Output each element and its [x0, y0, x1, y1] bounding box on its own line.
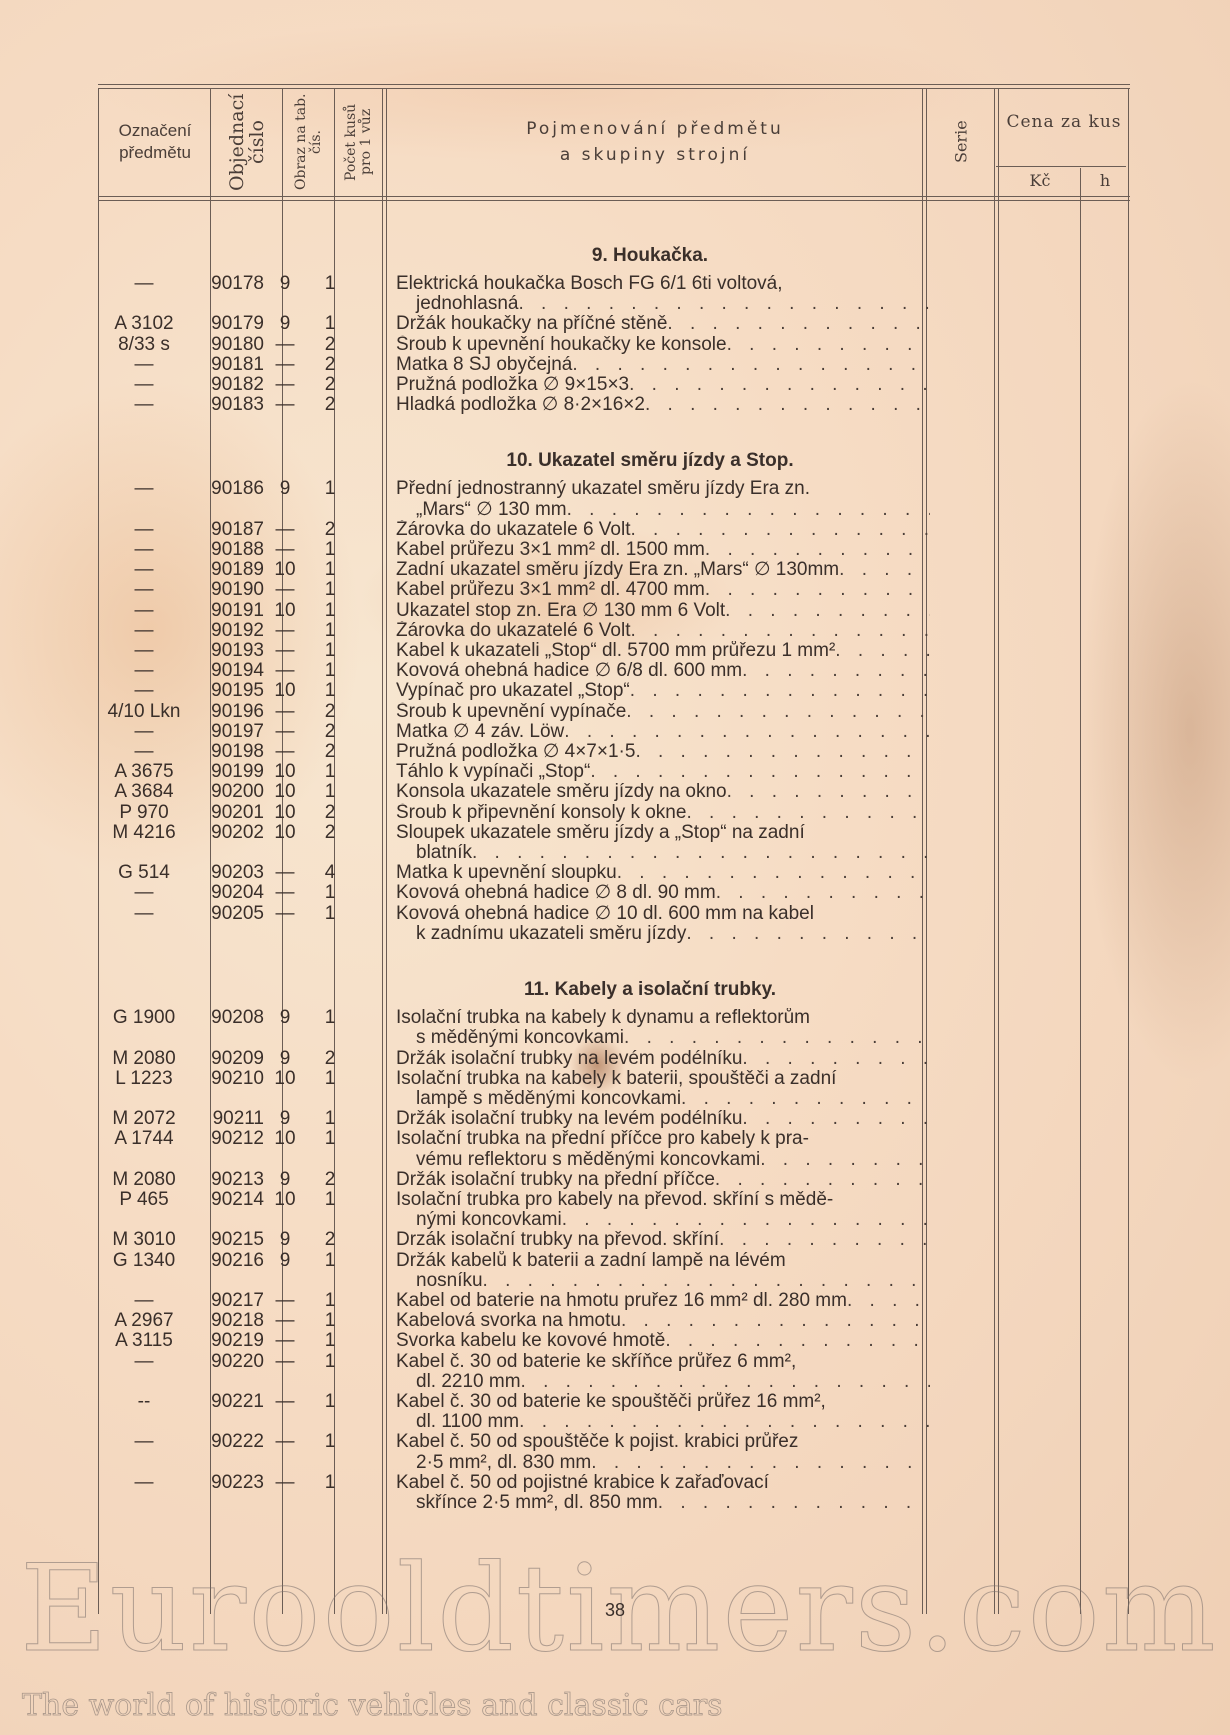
order-number: 90202	[198, 823, 264, 843]
image-ref: 9	[264, 1251, 306, 1271]
item-description: Zadní ukazatel směru jízdy Era zn. „Mars…	[396, 560, 930, 580]
order-number: 90204	[198, 883, 264, 903]
quantity: 1	[308, 1291, 352, 1311]
header-bottom-rule	[98, 196, 1130, 201]
table-row: M 20809020992Držák isolační trubky na le…	[98, 1049, 938, 1069]
image-ref: 9	[264, 1049, 306, 1069]
order-number: 90194	[198, 661, 264, 681]
part-mark: L 1223	[98, 1069, 190, 1089]
image-ref: 10	[264, 1069, 306, 1089]
part-mark: A 1744	[98, 1129, 190, 1149]
order-number: 90203	[198, 863, 264, 883]
leader-dots	[681, 1089, 930, 1109]
image-ref: —	[264, 540, 306, 560]
leader-dots	[835, 641, 930, 661]
table-row: M 30109021592Drzák isolační trubky na př…	[98, 1230, 938, 1250]
description-text: 2·5 mm², dl. 830 mm	[416, 1453, 591, 1473]
item-description: Kovová ohebná hadice ∅ 8 dl. 90 mm	[396, 883, 930, 903]
table-row: —90194—1Kovová ohebná hadice ∅ 6/8 dl. 6…	[98, 661, 938, 681]
image-ref: —	[264, 1473, 306, 1493]
description-text: blatník	[416, 843, 472, 863]
description-text: Šroub k upevnění houkačky ke konsole	[396, 335, 727, 355]
image-ref: —	[264, 641, 306, 661]
description-text: Žárovka do ukazatelé 6 Volt	[396, 621, 630, 641]
table-row: —90183—2Hladká podložka ∅ 8·2×16×2	[98, 395, 938, 415]
leader-dots	[716, 883, 930, 903]
item-description: Konsola ukazatele směru jízdy na okno	[396, 782, 930, 802]
description-text: Pružná podložka ∅ 9×15×3	[396, 375, 629, 395]
leader-dots	[472, 843, 930, 863]
leader-dots	[562, 1210, 930, 1230]
quantity: 1	[308, 661, 352, 681]
order-number: 90191	[198, 601, 264, 621]
order-number: 90217	[198, 1291, 264, 1311]
table-row: M 20729021191Držák isolační trubky na le…	[98, 1109, 938, 1129]
table-row: —90182—2Pružná podložka ∅ 9×15×3	[98, 375, 938, 395]
description-text: dl. 1100 mm	[416, 1412, 519, 1432]
quantity: 2	[308, 803, 352, 823]
part-mark: —	[98, 375, 190, 395]
item-description: Šroub k upevnění houkačky ke konsole	[396, 335, 930, 355]
quantity: 1	[308, 1109, 352, 1129]
order-number: 90209	[198, 1049, 264, 1069]
table-row: 8/33 s90180—2Šroub k upevnění houkačky k…	[98, 335, 938, 355]
description-text: Přední jednostranný ukazatel směru jízdy…	[396, 479, 810, 499]
section-heading: 11. Kabely a isolační trubky.	[98, 956, 938, 1000]
header-name-line2: a skupiny strojní	[560, 142, 750, 168]
header-price-h: h	[1082, 168, 1128, 194]
quantity: 1	[308, 540, 352, 560]
table-row: A 367590199101Táhlo k vypínači „Stop“	[98, 762, 938, 782]
item-description: Držák kabelů k baterii a zadní lampě na …	[396, 1251, 930, 1291]
image-ref: 10	[264, 681, 306, 701]
order-number: 90215	[198, 1230, 264, 1250]
image-ref: —	[264, 1311, 306, 1331]
leader-dots	[629, 375, 930, 395]
order-number: 90222	[198, 1432, 264, 1452]
part-mark: —	[98, 722, 190, 742]
description-text: Kovová ohebná hadice ∅ 8 dl. 90 mm	[396, 883, 716, 903]
leader-dots	[719, 1230, 930, 1250]
part-mark: G 1340	[98, 1251, 190, 1271]
part-mark: 4/10 Lkn	[98, 702, 190, 722]
table-row: G 51490203—4Matka k upevnění sloupku	[98, 863, 938, 883]
leader-dots	[725, 601, 930, 621]
description-text: Kabel od baterie na hmotu pruřez 16 mm² …	[396, 1291, 847, 1311]
quantity: 1	[308, 1311, 352, 1331]
order-number: 90182	[198, 375, 264, 395]
table-row: A 296790218—1Kabelová svorka na hmotu	[98, 1311, 938, 1331]
leader-dots	[621, 1311, 930, 1331]
table-row: A 174490212101Isolační trubka na přední …	[98, 1129, 938, 1169]
quantity: 2	[308, 1049, 352, 1069]
item-description: Šroub k připevnění konsoly k okne	[396, 803, 930, 823]
item-description: Hladká podložka ∅ 8·2×16×2	[396, 395, 930, 415]
image-ref: —	[264, 702, 306, 722]
order-number: 90219	[198, 1331, 264, 1351]
description-text: Kovová ohebná hadice ∅ 6/8 dl. 600 mm	[396, 661, 742, 681]
table-row: —90190—1Kabel průřezu 3×1 mm² dl. 4700 m…	[98, 580, 938, 600]
table-row: —90189101Zadní ukazatel směru jízdy Era …	[98, 560, 938, 580]
description-text: Zadní ukazatel směru jízdy Era zn. „Mars…	[396, 560, 839, 580]
item-description: Matka 8 SJ obyčejná	[396, 355, 930, 375]
leader-dots	[742, 1109, 930, 1129]
table-row: P 97090201102Šroub k připevnění konsoly …	[98, 803, 938, 823]
item-description: Žárovka do ukazatele 6 Volt	[396, 520, 930, 540]
quantity: 1	[308, 1392, 352, 1412]
table-body: 9. Houkačka.—9017891Elektrická houkačka …	[98, 222, 938, 1525]
part-mark: —	[98, 1352, 190, 1372]
item-description: Isolační trubka pro kabely na převod. sk…	[396, 1190, 930, 1230]
image-ref: 10	[264, 1190, 306, 1210]
image-ref: 10	[264, 601, 306, 621]
image-ref: —	[264, 621, 306, 641]
order-number: 90187	[198, 520, 264, 540]
table-row: —90217—1Kabel od baterie na hmotu pruřez…	[98, 1291, 938, 1311]
part-mark: —	[98, 274, 190, 294]
order-number: 90210	[198, 1069, 264, 1089]
part-mark: A 3675	[98, 762, 190, 782]
description-text: Matka k upevnění sloupku	[396, 863, 617, 883]
quantity: 1	[308, 883, 352, 903]
image-ref: —	[264, 1432, 306, 1452]
table-row: —90204—1Kovová ohebná hadice ∅ 8 dl. 90 …	[98, 883, 938, 903]
header-name-line1: Pojmenování předmětu	[526, 116, 783, 142]
description-text: Držák isolační trubky na levém podélníku	[396, 1109, 742, 1129]
order-number: 90181	[198, 355, 264, 375]
quantity: 2	[308, 702, 352, 722]
table-row: A 368490200101Konsola ukazatele směru jí…	[98, 782, 938, 802]
quantity: 1	[308, 1473, 352, 1493]
part-mark: A 3684	[98, 782, 190, 802]
page-number: 38	[0, 1600, 1230, 1621]
item-description: Kabel č. 50 od spouštěče k pojist. krabi…	[396, 1432, 930, 1472]
item-description: Elektrická houkačka Bosch FG 6/1 6ti vol…	[396, 274, 930, 314]
description-text: Kabel k ukazateli „Stop“ dl. 5700 mm prů…	[396, 641, 835, 661]
order-number: 90205	[198, 904, 264, 924]
section-title: 10. Ukazatel směru jízdy a Stop.	[360, 451, 940, 471]
quantity: 4	[308, 863, 352, 883]
description-text: „Mars“ ∅ 130 mm	[416, 500, 567, 520]
image-ref: 9	[264, 274, 306, 294]
description-text: Isolační trubka na kabely k baterii, spo…	[396, 1069, 836, 1089]
table-row: —90195101Vypínač pro ukazatel „Stop“	[98, 681, 938, 701]
part-mark: A 3115	[98, 1331, 190, 1351]
description-text: Kabelová svorka na hmotu	[396, 1311, 621, 1331]
leader-dots	[567, 500, 930, 520]
leader-dots	[572, 355, 930, 375]
part-mark: —	[98, 479, 190, 499]
image-ref: 10	[264, 1129, 306, 1149]
image-ref: —	[264, 863, 306, 883]
image-ref: 9	[264, 1170, 306, 1190]
description-text: Isolační trubka pro kabely na převod. sk…	[396, 1190, 833, 1210]
header-mark: Označení předmětu	[100, 90, 210, 194]
item-description: Kabel č. 30 od baterie ke skříňce průřez…	[396, 1352, 930, 1392]
part-mark: —	[98, 601, 190, 621]
quantity: 1	[308, 782, 352, 802]
table-row: A 311590219—1Svorka kabelu ke kovové hmo…	[98, 1331, 938, 1351]
part-mark: G 1900	[98, 1008, 190, 1028]
table-row: —90193—1Kabel k ukazateli „Stop“ dl. 570…	[98, 641, 938, 661]
quantity: 1	[308, 621, 352, 641]
order-number: 90212	[198, 1129, 264, 1149]
item-description: Pružná podložka ∅ 9×15×3	[396, 375, 930, 395]
header-price: Cena za kus	[1000, 92, 1128, 152]
quantity: 1	[308, 904, 352, 924]
order-number: 90211	[198, 1109, 264, 1129]
item-description: Isolační trubka na přední příčce pro kab…	[396, 1129, 930, 1169]
item-description: Žárovka do ukazatelé 6 Volt	[396, 621, 930, 641]
item-description: Pružná podložka ∅ 4×7×1·5	[396, 742, 930, 762]
item-description: Kabel průřezu 3×1 mm² dl. 4700 mm	[396, 580, 930, 600]
item-description: Isolační trubka na kabely k dynamu a ref…	[396, 1008, 930, 1048]
part-mark: M 3010	[98, 1230, 190, 1250]
table-row: G 19009020891Isolační trubka na kabely k…	[98, 1008, 938, 1048]
leader-dots	[635, 742, 930, 762]
image-ref: 10	[264, 560, 306, 580]
price-subheader-rule	[996, 166, 1126, 167]
image-ref: —	[264, 335, 306, 355]
order-number: 90221	[198, 1392, 264, 1412]
description-text: Vypínač pro ukazatel „Stop“	[396, 681, 630, 701]
item-description: Svorka kabelu ke kovové hmotě	[396, 1331, 930, 1351]
leader-dots	[760, 1150, 930, 1170]
table-top-rule	[98, 84, 1130, 89]
table-row: A 31029017991Držák houkačky na příčné st…	[98, 314, 938, 334]
quantity: 1	[308, 1331, 352, 1351]
parts-table: Označení předmětu Objednací číslo Obraz …	[98, 84, 1130, 1614]
table-row: —90192—1Žárovka do ukazatelé 6 Volt	[98, 621, 938, 641]
quantity: 1	[308, 681, 352, 701]
item-description: Vypínač pro ukazatel „Stop“	[396, 681, 930, 701]
part-mark: —	[98, 1473, 190, 1493]
leader-dots	[630, 621, 930, 641]
image-ref: —	[264, 1291, 306, 1311]
description-text: Šroub k připevnění konsoly k okne	[396, 803, 686, 823]
order-number: 90188	[198, 540, 264, 560]
leader-dots	[630, 520, 930, 540]
table-row: L 122390210101Isolační trubka na kabely …	[98, 1069, 938, 1109]
leader-dots	[519, 1412, 930, 1432]
item-description: Matka k upevnění sloupku	[396, 863, 930, 883]
order-number: 90190	[198, 580, 264, 600]
image-ref: 9	[264, 1008, 306, 1028]
item-description: Držák isolační trubky na přední příčce	[396, 1170, 930, 1190]
quantity: 2	[308, 520, 352, 540]
part-mark: —	[98, 681, 190, 701]
order-number: 90180	[198, 335, 264, 355]
table-row: —90197—2Matka ∅ 4 záv. Löw	[98, 722, 938, 742]
leader-dots	[715, 1170, 930, 1190]
image-ref: 10	[264, 823, 306, 843]
description-text: Držák isolační trubky na levém podélníku	[396, 1049, 742, 1069]
image-ref: —	[264, 883, 306, 903]
leader-dots	[518, 294, 930, 314]
table-row: —90198—2Pružná podložka ∅ 4×7×1·5	[98, 742, 938, 762]
description-text: vému reflektoru s měděnými koncovkami	[416, 1150, 760, 1170]
order-number: 90208	[198, 1008, 264, 1028]
header-quantity: Počet kusů pro 1 vůz	[336, 90, 382, 194]
section-heading: 9. Houkačka.	[98, 222, 938, 266]
order-number: 90195	[198, 681, 264, 701]
quantity: 1	[308, 580, 352, 600]
quantity: 1	[308, 1251, 352, 1271]
table-row: —90181—2Matka 8 SJ obyčejná	[98, 355, 938, 375]
item-description: Kabel č. 50 od pojistné krabice k zařaďo…	[396, 1473, 930, 1513]
column-divider	[1128, 88, 1129, 1614]
image-ref: —	[264, 580, 306, 600]
image-ref: 9	[264, 479, 306, 499]
part-mark: —	[98, 580, 190, 600]
description-text: Drzák isolační trubky na převod. skříní	[396, 1230, 719, 1250]
description-text: Hladká podložka ∅ 8·2×16×2	[396, 395, 645, 415]
part-mark: A 2967	[98, 1311, 190, 1331]
image-ref: —	[264, 1352, 306, 1372]
image-ref: 9	[264, 1109, 306, 1129]
item-description: Kabel průřezu 3×1 mm² dl. 1500 mm	[396, 540, 930, 560]
order-number: 90220	[198, 1352, 264, 1372]
order-number: 90223	[198, 1473, 264, 1493]
leader-dots	[686, 924, 930, 944]
part-mark: —	[98, 621, 190, 641]
order-number: 90193	[198, 641, 264, 661]
leader-dots	[705, 540, 930, 560]
header-name: Pojmenování předmětu a skupiny strojní	[388, 90, 922, 194]
image-ref: —	[264, 355, 306, 375]
description-text: Pružná podložka ∅ 4×7×1·5	[396, 742, 635, 762]
description-text: Kabel průřezu 3×1 mm² dl. 4700 mm	[396, 580, 705, 600]
description-text: Konsola ukazatele směru jízdy na okno	[396, 782, 727, 802]
order-number: 90214	[198, 1190, 264, 1210]
item-description: Kovová ohebná hadice ∅ 6/8 dl. 600 mm	[396, 661, 930, 681]
quantity: 1	[308, 1129, 352, 1149]
quantity: 2	[308, 335, 352, 355]
section-title: 11. Kabely a isolační trubky.	[360, 980, 940, 1000]
order-number: 90189	[198, 560, 264, 580]
part-mark: —	[98, 395, 190, 415]
quantity: 1	[308, 1190, 352, 1210]
description-text: Kabel č. 50 od pojistné krabice k zařaďo…	[396, 1473, 769, 1493]
part-mark: —	[98, 641, 190, 661]
description-text: Elektrická houkačka Bosch FG 6/1 6ti vol…	[396, 274, 783, 294]
order-number: 90200	[198, 782, 264, 802]
description-text: Kabel č. 30 od baterie ke spouštěči průř…	[396, 1392, 826, 1412]
order-number: 90198	[198, 742, 264, 762]
item-description: Táhlo k vypínači „Stop“	[396, 762, 930, 782]
leader-dots	[624, 1028, 930, 1048]
quantity: 1	[308, 274, 352, 294]
table-row: 4/10 Lkn90196—2Šroub k upevnění vypínače	[98, 702, 938, 722]
leader-dots	[727, 335, 930, 355]
description-text: s měděnými koncovkami	[416, 1028, 624, 1048]
description-text: Kabel průřezu 3×1 mm² dl. 1500 mm	[396, 540, 705, 560]
description-text: Isolační trubka na kabely k dynamu a ref…	[396, 1008, 810, 1028]
leader-dots	[645, 395, 930, 415]
description-text: nosníku	[416, 1271, 483, 1291]
part-mark: —	[98, 560, 190, 580]
description-text: Kabel č. 30 od baterie ke skříňce průřez…	[396, 1352, 796, 1372]
item-description: Kabelová svorka na hmotu	[396, 1311, 930, 1331]
leader-dots	[839, 560, 930, 580]
part-mark: —	[98, 540, 190, 560]
image-ref: —	[264, 375, 306, 395]
table-row: —90222—1Kabel č. 50 od spouštěče k pojis…	[98, 1432, 938, 1472]
description-text: Držák houkačky na příčné stěně	[396, 314, 667, 334]
leader-dots	[705, 580, 930, 600]
order-number: 90196	[198, 702, 264, 722]
table-row: —90223—1Kabel č. 50 od pojistné krabice …	[98, 1473, 938, 1513]
part-mark: A 3102	[98, 314, 190, 334]
description-text: Matka ∅ 4 záv. Löw	[396, 722, 564, 742]
item-description: Držák isolační trubky na levém podélníku	[396, 1049, 930, 1069]
quantity: 2	[308, 375, 352, 395]
item-description: Sloupek ukazatele směru jízdy a „Stop“ n…	[396, 823, 930, 863]
leader-dots	[626, 702, 930, 722]
part-mark: --	[98, 1392, 190, 1412]
item-description: Isolační trubka na kabely k baterii, spo…	[396, 1069, 930, 1109]
image-ref: —	[264, 520, 306, 540]
image-ref: 9	[264, 314, 306, 334]
image-ref: 10	[264, 782, 306, 802]
leader-dots	[590, 762, 930, 782]
description-text: lampě s měděnými koncovkami	[416, 1089, 681, 1109]
description-text: Držák kabelů k baterii a zadní lampě na …	[396, 1251, 786, 1271]
leader-dots	[742, 1049, 930, 1069]
image-ref: —	[264, 904, 306, 924]
quantity: 1	[308, 1432, 352, 1452]
column-divider	[1080, 168, 1081, 1614]
order-number: 90197	[198, 722, 264, 742]
leader-dots	[521, 1372, 930, 1392]
part-mark: —	[98, 661, 190, 681]
header-price-kc: Kč	[1000, 168, 1080, 194]
item-description: Držák houkačky na příčné stěně	[396, 314, 930, 334]
table-row: —9018691Přední jednostranný ukazatel smě…	[98, 479, 938, 519]
item-description: Kovová ohebná hadice ∅ 10 dl. 600 mm na …	[396, 904, 930, 944]
image-ref: —	[264, 742, 306, 762]
item-description: Kabel k ukazateli „Stop“ dl. 5700 mm prů…	[396, 641, 930, 661]
order-number: 90179	[198, 314, 264, 334]
part-mark: —	[98, 1291, 190, 1311]
part-mark: M 4216	[98, 823, 190, 843]
table-row: P 46590214101Isolační trubka pro kabely …	[98, 1190, 938, 1230]
part-mark: —	[98, 904, 190, 924]
image-ref: —	[264, 1392, 306, 1412]
image-ref: 10	[264, 803, 306, 823]
part-mark: P 465	[98, 1190, 190, 1210]
part-mark: —	[98, 883, 190, 903]
description-text: Kabel č. 50 od spouštěče k pojist. krabi…	[396, 1432, 798, 1452]
table-row: —90205—1Kovová ohebná hadice ∅ 10 dl. 60…	[98, 904, 938, 944]
leader-dots	[686, 803, 930, 823]
table-row: —90187—2Žárovka do ukazatele 6 Volt	[98, 520, 938, 540]
leader-dots	[617, 863, 930, 883]
part-mark: P 970	[98, 803, 190, 823]
order-number: 90216	[198, 1251, 264, 1271]
description-text: jednohlasná	[416, 294, 518, 314]
description-text: Kovová ohebná hadice ∅ 10 dl. 600 mm na …	[396, 904, 814, 924]
quantity: 1	[308, 479, 352, 499]
item-description: Drzák isolační trubky na převod. skříní	[396, 1230, 930, 1250]
quantity: 2	[308, 742, 352, 762]
leader-dots	[742, 661, 930, 681]
description-text: dl. 2210 mm	[416, 1372, 521, 1392]
order-number: 90218	[198, 1311, 264, 1331]
quantity: 2	[308, 1170, 352, 1190]
image-ref: —	[264, 395, 306, 415]
part-mark: —	[98, 742, 190, 762]
